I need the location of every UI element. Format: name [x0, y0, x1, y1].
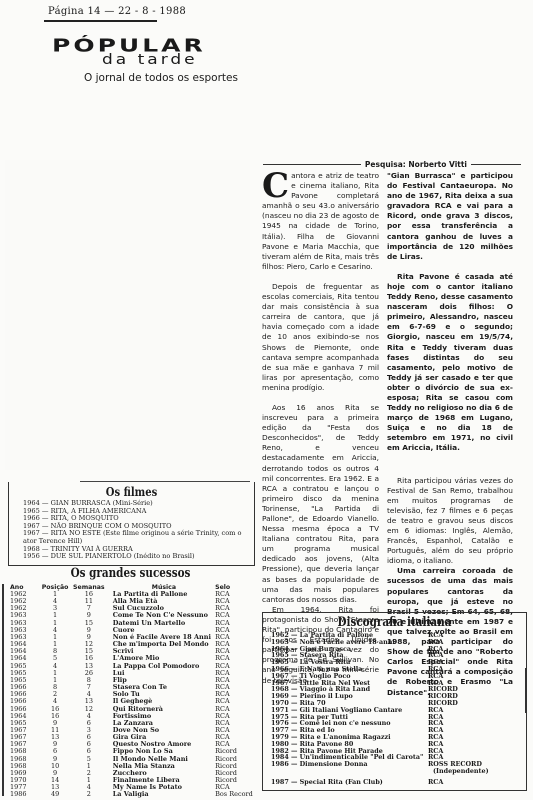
- album-title: 1987 — Special Rita (Fan Club): [271, 779, 428, 786]
- hits-table-body: 1962116La Partita di PalloneRCA1962411Al…: [4, 591, 258, 799]
- list-item: 1987 — Special Rita (Fan Club)RCA: [271, 779, 526, 786]
- discography-title: Discografia italiana: [289, 615, 499, 630]
- drop-cap: C: [262, 171, 289, 201]
- cell-posicao: 49: [39, 791, 71, 798]
- masthead-subname: da tarde: [102, 54, 238, 66]
- hits-title: Os grandes sucessos: [33, 566, 229, 581]
- masthead-tagline: O jornal de todos os esportes: [84, 72, 238, 84]
- article-paragraph: Rita participou várias vezes do Festival…: [387, 476, 513, 567]
- header-rule: [44, 20, 157, 22]
- films-title: Os filmes: [34, 484, 230, 499]
- record-label: RCA: [428, 779, 443, 786]
- record-label-note: (Independente): [271, 768, 526, 775]
- page-header: Página 14 — 22 - 8 - 1988: [48, 6, 186, 17]
- article-paragraph: Aos 16 anos Rita se inscreveu para a pri…: [262, 403, 379, 605]
- films-list: 1964 — GIAN BURRASCA (Mini-Série) 1965 —…: [23, 500, 254, 561]
- byline-rule-left: [263, 164, 361, 165]
- article-paragraph: Depois de freguentar as escolas comercia…: [262, 282, 379, 393]
- byline-text: Pesquisa: Norberto Vitti: [365, 160, 467, 169]
- byline-rule-right: [471, 164, 521, 165]
- film-item: 1956 — DUE SUL PIANERTOLO (Inédito no Br…: [23, 553, 254, 561]
- album-title: 1986 — Dimensione Donna: [271, 761, 428, 768]
- article-paragraph: Rita Pavone é casada até hoje com o cant…: [387, 272, 513, 454]
- faded-photo: [5, 160, 250, 470]
- cell-semanas: 2: [71, 791, 107, 798]
- films-box: Os filmes 1964 — GIAN BURRASCA (Mini-Sér…: [8, 482, 255, 566]
- discography-box: Discografia italiana 1962 — La Partita d…: [262, 612, 527, 791]
- article-paragraph: "Gian Burrasca" e participou do Festival…: [387, 171, 513, 262]
- table-row: 1986492La ValigiaBos Record: [4, 791, 258, 798]
- cell-ano: 1986: [4, 791, 39, 798]
- film-item: 1967 — RITA NO ESTE (Este filme originou…: [23, 530, 254, 545]
- hits-table: Ano Posição Semanas Música Selo 1962116L…: [4, 584, 258, 799]
- hits-table-container: Ano Posição Semanas Música Selo 1962116L…: [4, 584, 258, 799]
- cell-musica: La Valigia: [107, 791, 215, 798]
- article-column-1: Cantora e atriz de teatro e cinema itali…: [262, 171, 379, 686]
- cell-selo: Bos Record: [215, 791, 258, 798]
- masthead-logo: PÓPULAR da tarde O jornal de todos os es…: [52, 38, 238, 84]
- discography-list: 1962 — La Partita di PalloneRCA1963 — No…: [271, 632, 526, 786]
- margin-rule: [525, 668, 526, 713]
- byline: Pesquisa: Norberto Vitti: [263, 160, 521, 169]
- article-paragraph: Cantora e atriz de teatro e cinema itali…: [262, 171, 379, 272]
